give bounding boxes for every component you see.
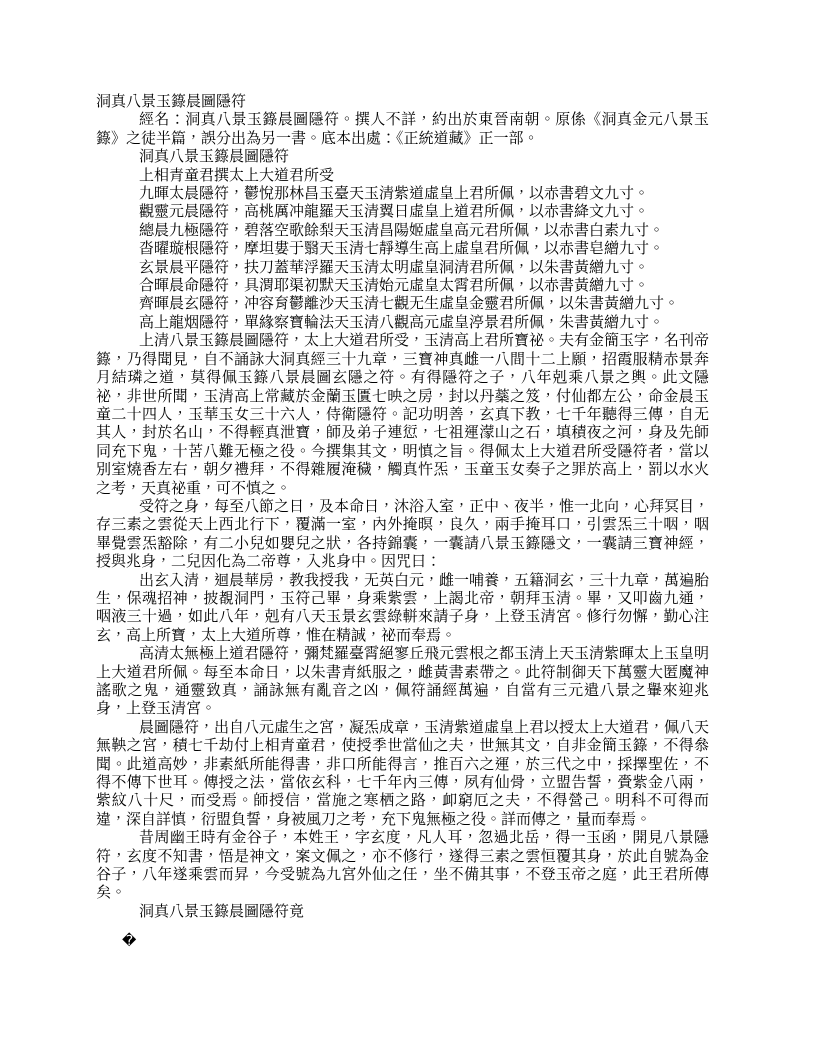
body-paragraph: 昔周幽王時有金谷子，本姓王，字玄度，凡人耳，忽過北岳，得一玉函，開見八景隱符，玄… [96, 829, 709, 903]
section-title-line: 洞真八景玉籙晨圖隱符 [96, 148, 709, 166]
talisman-item: 合暉晨命隱符，具渭耶渠初默天玉清始元虛皇太霄君所佩，以赤書黃繒九寸。 [96, 277, 709, 295]
doc-title-line: 洞真八景玉籙晨圖隱符 [96, 93, 709, 111]
incantation-paragraph: 出玄入清，迴晨華房，教我授我，无英白元，雌一哺養，五籍洞玄，三十九章，萬遍胎生，… [96, 572, 709, 646]
talisman-item: 沓曜璇根隱符，摩坦婁于翳天玉清七靜導生高上虛皇君所佩，以赤書皂繒九寸。 [96, 240, 709, 258]
colophon-paragraph: 經名：洞真八景玉籙晨圖隱符。撰人不詳，約出於東晉南朝。原係《洞真金元八景玉籙》之… [96, 111, 709, 148]
body-paragraph: 晨圖隱符，出自八元虛生之宮，凝炁成章，玉清紫道虛皇上君以授太上大道君，佩八天無鞅… [96, 719, 709, 829]
attribution-line: 上相青童君撰太上大道君所受 [96, 167, 709, 185]
replacement-character: � [96, 932, 709, 950]
document-page: 洞真八景玉籙晨圖隱符 經名：洞真八景玉籙晨圖隱符。撰人不詳，約出於東晉南朝。原係… [96, 93, 709, 951]
talisman-item: 總晨九極隱符，碧落空歌餘梨天玉清昌陽姬虛皇高元君所佩，以赤書白素九寸。 [96, 222, 709, 240]
ending-line: 洞真八景玉籙晨圖隱符竟 [96, 903, 709, 921]
talisman-item: 九暉太晨隱符，鬱悅那林昌玉臺天玉清紫道虛皇上君所佩，以赤書碧文九寸。 [96, 185, 709, 203]
talisman-item: 玄景晨平隱符，扶刀蓋華浮羅天玉清太明虛皇洞清君所佩，以朱書黃繒九寸。 [96, 259, 709, 277]
talisman-item: 齊暉晨玄隱符，冲容育鬱離沙天玉清七觀无生虛皇金靈君所佩，以朱書黃繒九寸。 [96, 295, 709, 313]
body-paragraph: 受符之身，每至八節之日，及本命日，沐浴入室，正中、夜半，惟一北向，心拜冥目，存三… [96, 498, 709, 572]
body-paragraph: 高清太無極上道君隱符，彌梵羅臺霄絕寥丘飛元雲根之都玉清上天玉清紫暉太上玉皇明上大… [96, 645, 709, 719]
talisman-item: 高上龍烟隱符，單緣察寶輪法天玉清八觀高元虛皇渟景君所佩，朱書黃繒九寸。 [96, 314, 709, 332]
talisman-item: 觀靈元晨隱符，高桃厲冲龍羅天玉清翼日虛皇上道君所佩，以赤書絳文九寸。 [96, 203, 709, 221]
body-paragraph: 上清八景玉籙晨圖隱符，太上大道君所受，玉清高上君所寶祕。夫有金簡玉字，名刊帝籙，… [96, 332, 709, 498]
